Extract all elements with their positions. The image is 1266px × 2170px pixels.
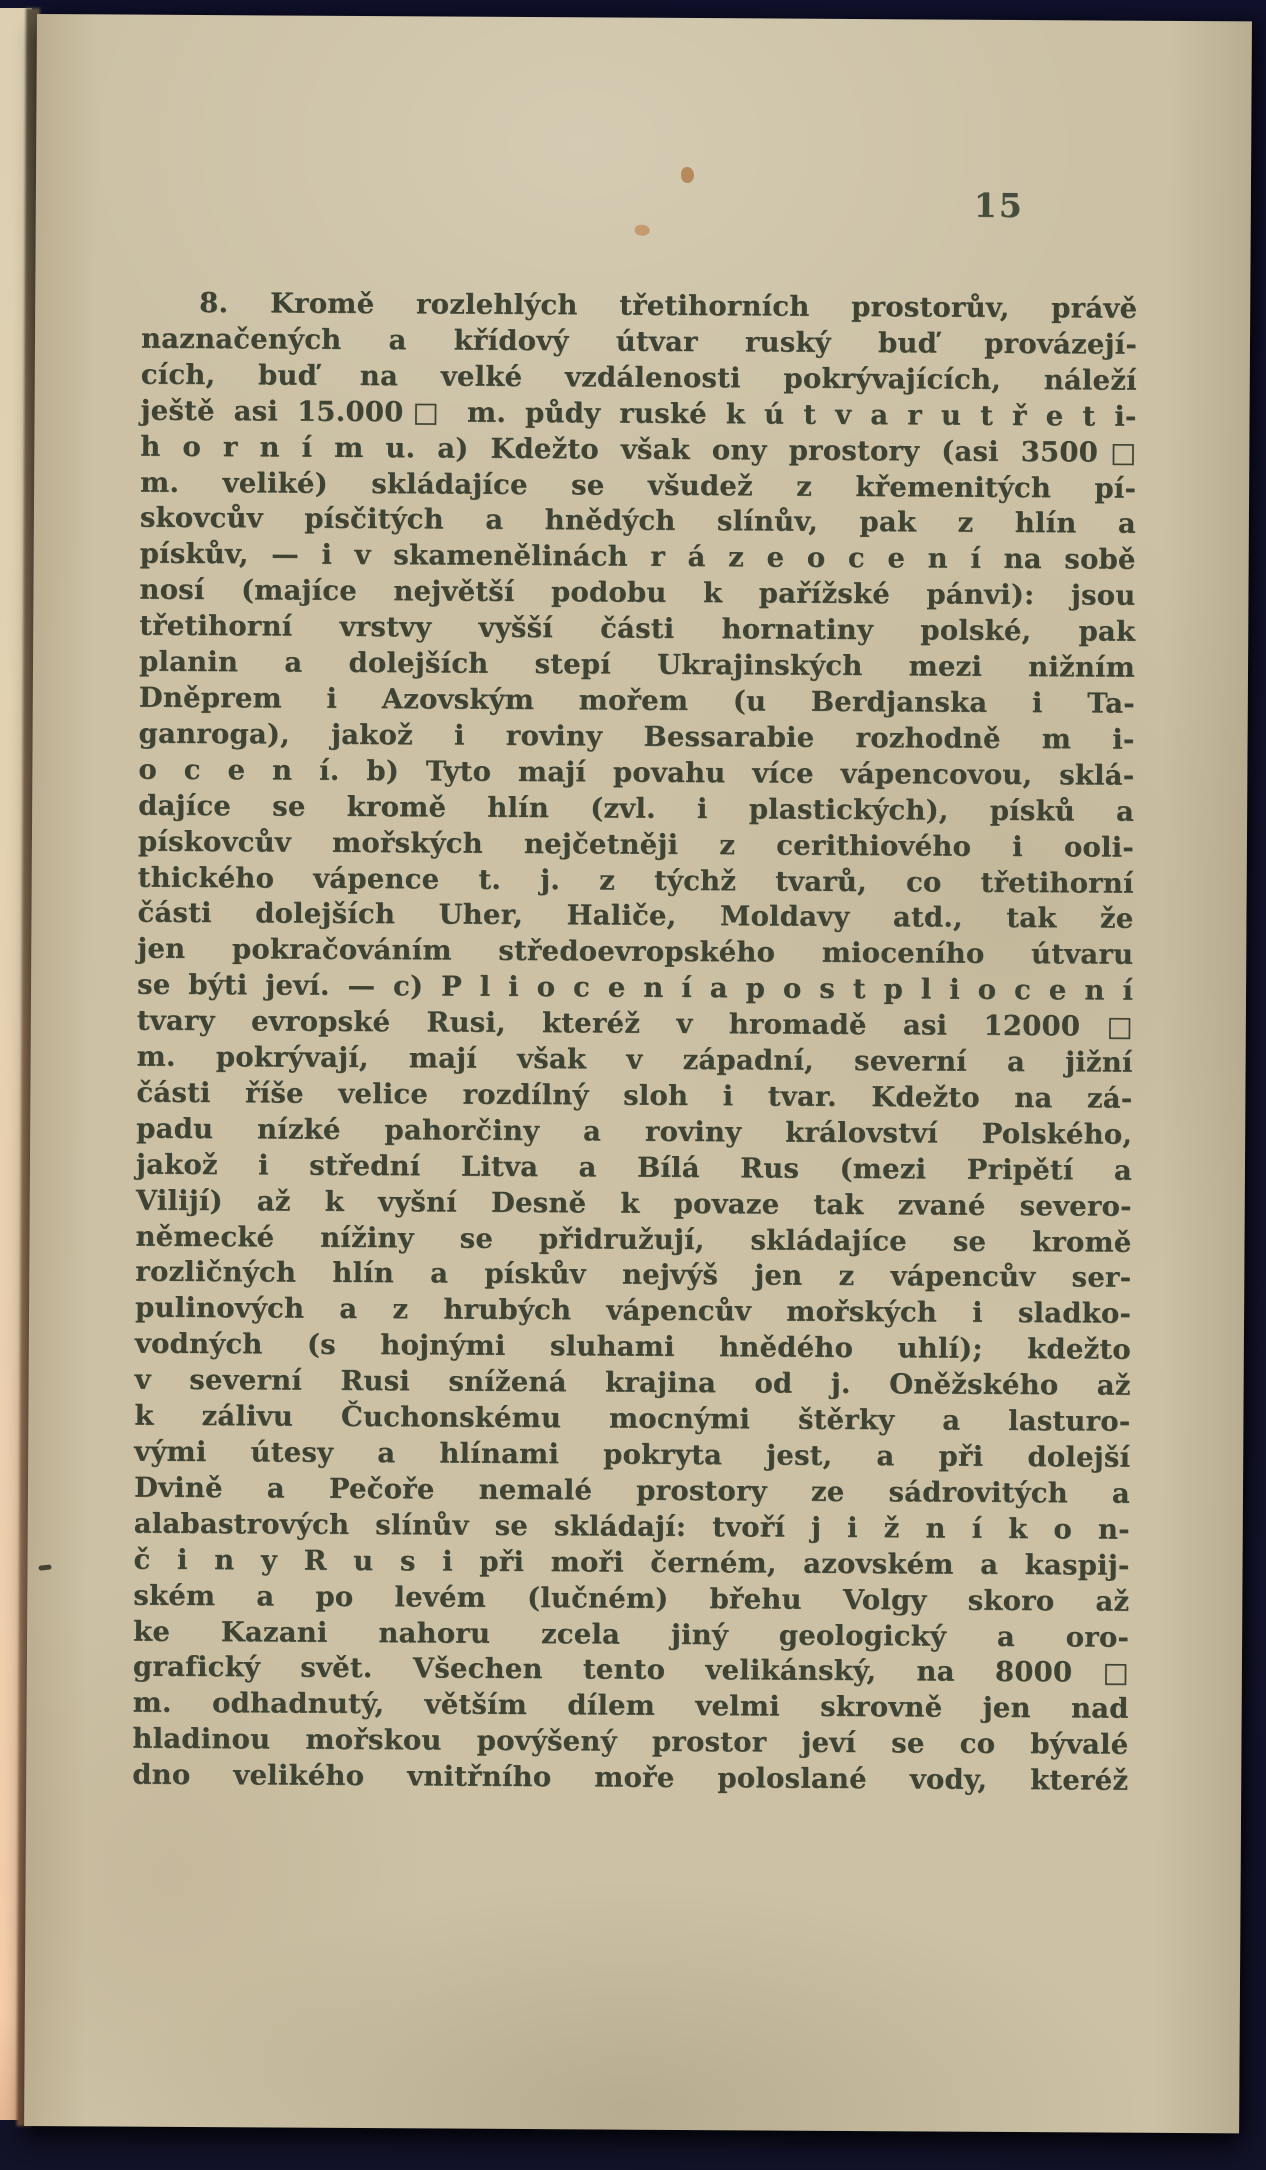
text-line: jen pokračováním středoevropského miocen…: [137, 932, 1133, 974]
book-page: 15 8. Kromě rozlehlých třetihorních pros…: [24, 14, 1252, 2133]
text-line: dajíce se kromě hlín (zvl. i plastických…: [138, 788, 1134, 830]
text-line: třetihorní vrstvy vyšší části hornatiny …: [139, 609, 1135, 651]
text-line: rozličných hlín a pískův nejvýš jen z vá…: [135, 1255, 1131, 1297]
text-line: planin a dolejších stepí Ukrajinských me…: [139, 645, 1135, 687]
paper-speck: [635, 225, 650, 236]
text-line: grafický svět. Všechen tento velikánský,…: [133, 1650, 1129, 1692]
text-line: alabastrových slínův se skládají: tvoří …: [134, 1506, 1130, 1548]
text-line: Vilijí) až k vyšní Desně k povaze tak zv…: [136, 1183, 1132, 1225]
text-line: pulinových a z hrubých vápencův mořských…: [135, 1291, 1131, 1333]
text-line: cích, buď na velké vzdálenosti pokrývají…: [141, 357, 1137, 399]
text-line: v severní Rusi snížená krajina od j. Oně…: [135, 1363, 1131, 1405]
text-line: vodných (s hojnými sluhami hnědého uhlí)…: [135, 1327, 1131, 1369]
text-line: m. pokrývají, mají však v západní, sever…: [137, 1040, 1133, 1082]
text-line: vými útesy a hlínami pokryta jest, a při…: [134, 1435, 1130, 1477]
text-line: Dvině a Pečoře nemalé prostory ze sádrov…: [134, 1471, 1130, 1513]
text-line: dno velikého vnitřního moře poloslané vo…: [132, 1758, 1128, 1800]
page-number: 15: [974, 186, 1024, 225]
text-line: ganroga), jakož i roviny Bessarabie rozh…: [138, 717, 1134, 759]
text-line: 8. Kromě rozlehlých třetihorních prostor…: [141, 286, 1137, 328]
text-line: nosí (majíce největší podobu k pařížské …: [139, 573, 1135, 615]
text-line: hladinou mořskou povýšený prostor jeví s…: [132, 1722, 1128, 1764]
text-line: ještě asi 15.000□ m. půdy ruské k ú t v …: [140, 393, 1136, 435]
text-line: skovcův písčitých a hnědých slínův, pak …: [140, 501, 1136, 543]
text-line: č i n y R u s i při moři černém, azovské…: [133, 1542, 1129, 1584]
paragraph-block: 8. Kromě rozlehlých třetihorních prostor…: [132, 286, 1137, 1800]
text-line: m. odhadnutý, větším dílem velmi skrovně…: [133, 1686, 1129, 1728]
scanned-book-photo: { "page": { "number": "15", "paper_color…: [0, 0, 1266, 2170]
text-line: naznačených a křídový útvar ruský buď pr…: [141, 322, 1137, 364]
text-line: části dolejších Uher, Haliče, Moldavy at…: [137, 896, 1133, 938]
text-line: tvary evropské Rusi, kteréž v hromadě as…: [137, 1004, 1133, 1046]
paper-speck: [681, 167, 694, 183]
text-line: pískovcův mořských nejčetněji z cerithio…: [138, 824, 1134, 866]
text-line: pískův, — i v skamenělinách r á z e o c …: [140, 537, 1136, 579]
text-line: se býti jeví. — c) P l i o c e n í a p o…: [137, 968, 1133, 1010]
text-line: h o r n í m u. a) Kdežto však ony prosto…: [140, 429, 1136, 471]
text-line: ském a po levém (lučném) břehu Volgy sko…: [133, 1578, 1129, 1620]
text-line: m. veliké) skládajíce se všudež z křemen…: [140, 465, 1136, 507]
text-line: Dněprem i Azovským mořem (u Berdjanska i…: [139, 681, 1135, 723]
text-line: padu nízké pahorčiny a roviny království…: [136, 1111, 1132, 1153]
text-line: o c e n í. b) Tyto mají povahu více vápe…: [138, 752, 1134, 794]
text-line: části říše velice rozdílný sloh i tvar. …: [136, 1076, 1132, 1118]
text-line: ke Kazani nahoru zcela jiný geologický a…: [133, 1614, 1129, 1656]
text-line: jakož i střední Litva a Bílá Rus (mezi P…: [136, 1147, 1132, 1189]
text-line: thického vápence t. j. z týchž tvarů, co…: [138, 860, 1134, 902]
text-line: německé nížiny se přidružují, skládajíce…: [135, 1219, 1131, 1261]
text-line: k zálivu Čuchonskému mocnými štěrky a la…: [134, 1399, 1130, 1441]
margin-mark: [38, 1564, 51, 1570]
